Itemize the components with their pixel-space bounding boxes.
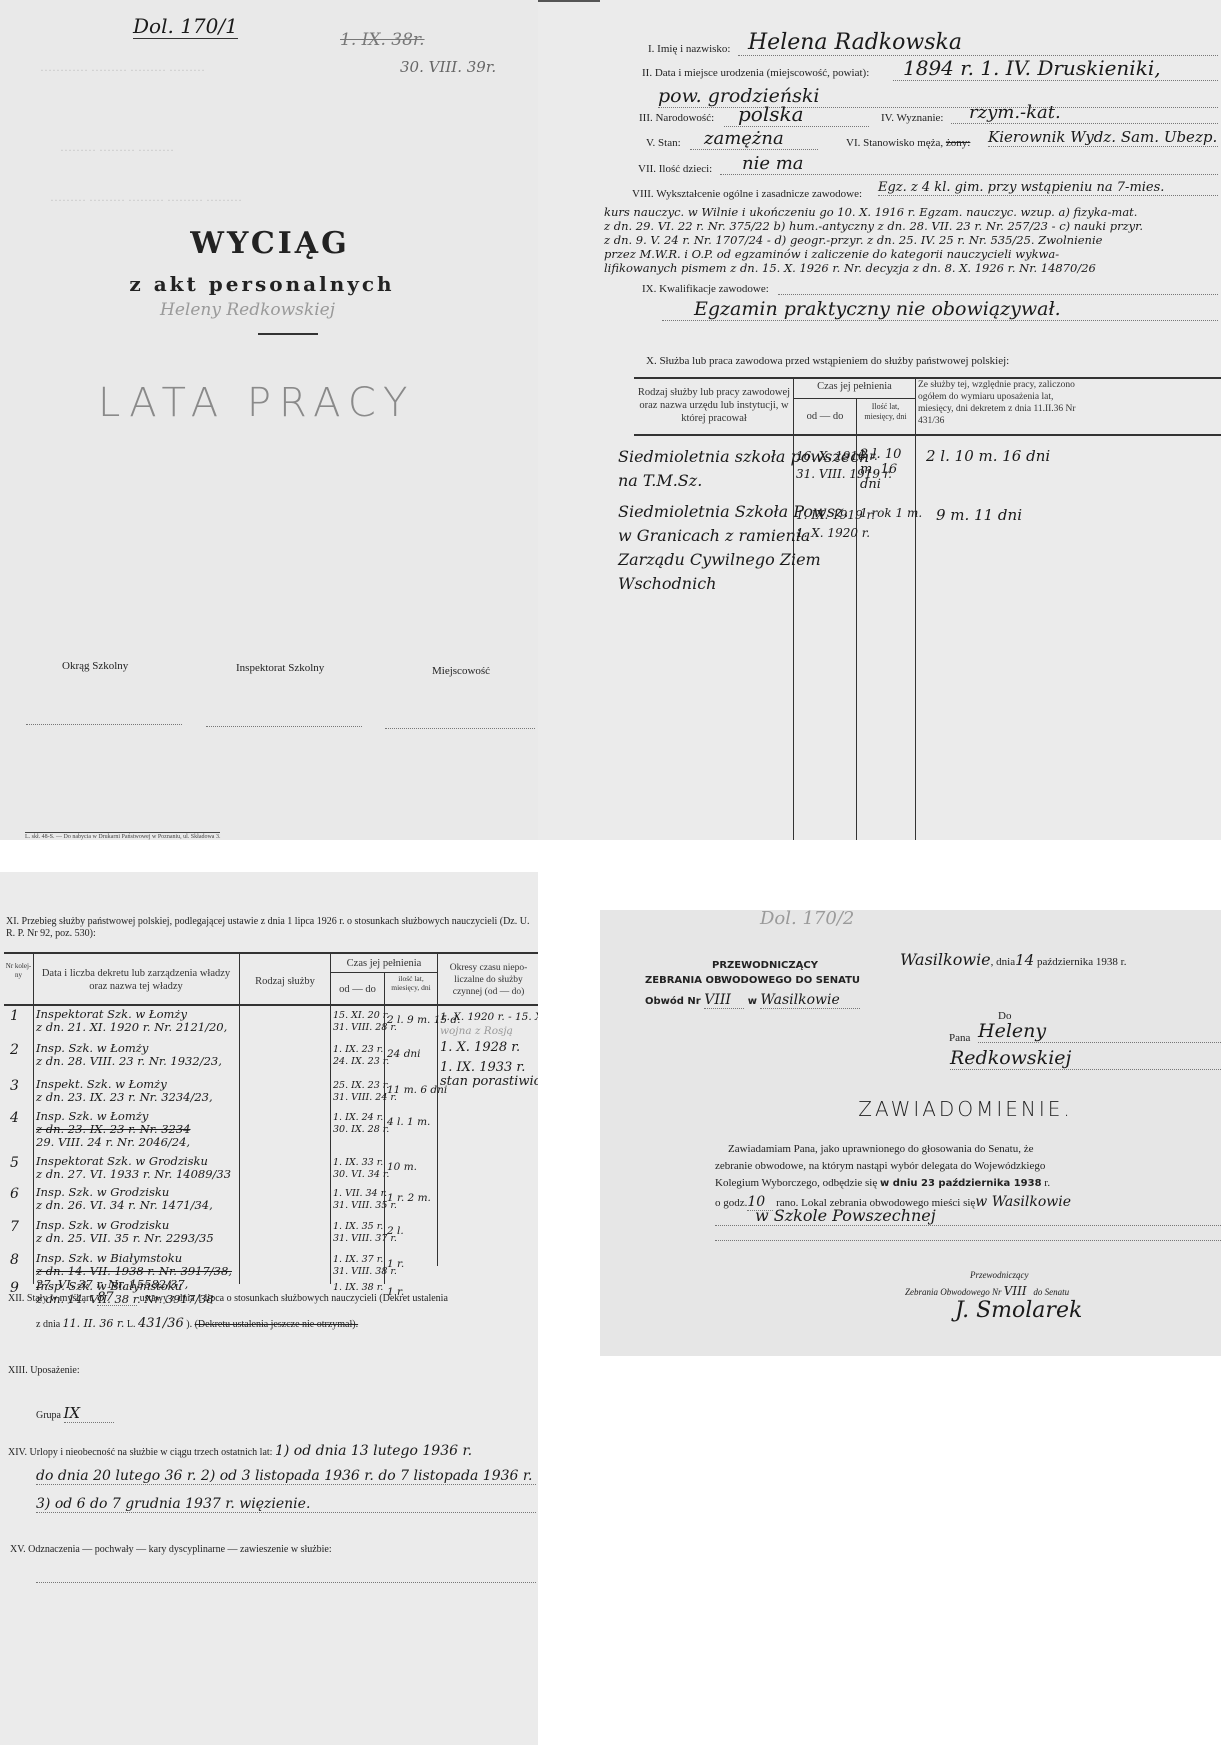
header-from-to: od — do <box>794 410 856 423</box>
value-religion: rzym.-kat. <box>951 102 1218 124</box>
row-dates: 1. IX. 33 r. 30. VI. 34 r. <box>333 1157 389 1181</box>
addressee-line-2: Redkowskiej <box>950 1047 1221 1070</box>
subheader-rule <box>794 398 915 399</box>
col-divider <box>915 378 916 840</box>
bleed-through-text: ……… ……… ……… ……… ……… <box>50 190 242 205</box>
table-top-rule <box>4 952 538 954</box>
district-in: w <box>748 996 757 1007</box>
row-duration: 2 l. <box>387 1225 404 1237</box>
col-divider <box>330 954 331 1284</box>
notice-month-year: października 1938 r. <box>1037 956 1127 968</box>
field-locality: Miejscowość <box>432 665 490 677</box>
group-value: IX <box>64 1404 114 1423</box>
pencil-name: Heleny Redkowskiej <box>160 300 335 320</box>
field-school-inspectorate: Inspektorat Szkolny <box>236 662 324 674</box>
section-xii-date: z dnia 11. II. 36 r. L. 431/36 ). (Dekre… <box>36 1316 358 1331</box>
header-service-type: Rodzaj służby lub pracy zawodowej oraz n… <box>636 386 792 425</box>
cover-page: ………… ……… ……… ……… ……… ……… ……… ……… ……… ………… <box>0 0 538 840</box>
birth-text: 1894 r. 1. IV. Druskieniki, <box>903 56 1161 80</box>
header-no: Nr kolej-ny <box>4 962 33 980</box>
row-number: 6 <box>10 1186 19 1202</box>
xii-struck: (Dekretu ustalenia jeszcze nie otrzymał)… <box>195 1319 359 1330</box>
reference-note: Dol. 170/1 <box>133 14 238 39</box>
xii-number: 431/36 <box>138 1316 184 1331</box>
xii-label: XII. Stały w myśl art. <box>8 1293 95 1304</box>
label-name: I. Imię i nazwisko: <box>648 43 730 55</box>
meeting-date: w dniu 23 października 1938 <box>880 1178 1042 1189</box>
notice-place: Wasilkowie <box>900 950 991 969</box>
row-duration: 24 dni <box>387 1048 421 1060</box>
bleed-through-text: ……… ……… ……… <box>60 140 174 155</box>
notice-body-3: Kolegium Wyborczego, odbędzie się w dniu… <box>715 1177 1050 1189</box>
blank-line <box>715 1240 1221 1241</box>
spouse-label-text: VI. Stanowisko męża, <box>846 137 943 149</box>
value-children: nie ma <box>720 153 1218 175</box>
service-type-line: Wschodnich <box>618 572 848 596</box>
notice-header-2: ZEBRANIA OBWODOWEGO DO SENATU <box>645 975 860 986</box>
locality-line <box>385 728 535 729</box>
row-dates: 1. IX. 24 r. 30. IX. 28 r. <box>333 1112 389 1136</box>
row-number: 7 <box>10 1219 19 1235</box>
row-number: 1 <box>10 1008 19 1024</box>
header-period: Czas jej pełnienia <box>331 957 437 970</box>
document-subtitle: z akt personalnych <box>0 272 532 296</box>
prior-row-1-duration: 2 l. 10 m. 16 dni <box>860 447 915 492</box>
row-decree: Inspektorat Szk. w Grodziskuz dn. 27. VI… <box>36 1155 231 1181</box>
value-marital-status: zamężna <box>690 128 818 150</box>
xii-date: 11. II. 36 r. <box>63 1317 125 1330</box>
addressee-label: Pana <box>949 1032 970 1044</box>
header-period: Czas jej pełnienia <box>794 380 915 393</box>
education-line: przez M.W.R. i O.P. od egzaminów i zalic… <box>604 247 1143 261</box>
signature-line-1: Przewodniczący <box>970 1270 1029 1280</box>
document-title: WYCIĄG <box>0 226 538 261</box>
location-2-text: w Szkole Powszechnej <box>755 1206 936 1225</box>
decree-line: z dn. 25. VII. 35 r. Nr. 2293/35 <box>36 1232 214 1245</box>
value-qualifications: Egzamin praktyczny nie obowiązywał. <box>662 298 1218 321</box>
district-number: VIII <box>704 992 744 1009</box>
label-marital-status: V. Stan: <box>646 137 681 149</box>
header-decree: Data i liczba dekretu lub zarządzenia wł… <box>36 967 236 993</box>
value-name: Helena Radkowska <box>738 30 1218 56</box>
notice-reference: Dol. 170/2 <box>760 910 854 929</box>
row-decree: Insp. Szk. w Łomżyz dn. 28. VIII. 23 r. … <box>36 1042 222 1068</box>
label-nationality: III. Narodowość: <box>639 112 714 124</box>
row-decree: Insp. Szk. w Łomżyz dn. 23. IX. 23 r. Nr… <box>36 1110 191 1149</box>
date-from: 1. IX. 23 r. <box>333 1044 389 1056</box>
header-kind: Rodzaj służby <box>240 975 330 988</box>
label-education: VIII. Wykształcenie ogólne i zasadnicze … <box>632 188 862 200</box>
excluded-period: 1. X. 1920 r. - 15. XI. 1920 r. <box>440 1010 538 1024</box>
education-details: kurs nauczyc. w Wilnie i ukończeniu go 1… <box>604 205 1143 275</box>
label-spouse-position: VI. Stanowisko męża, żony: <box>846 137 970 149</box>
spouse-position-text: Kierownik Wydz. Sam. Ubezp. <box>988 128 1217 146</box>
excluded-note: wojna z Rosją <box>440 1024 538 1038</box>
xii-number-prefix: L. <box>127 1319 136 1330</box>
row-duration: 10 m. <box>387 1161 417 1173</box>
row-decree: Insp. Szk. w Grodziskuz dn. 25. VII. 35 … <box>36 1219 214 1245</box>
district-place: Wasilkowie <box>760 992 860 1009</box>
value-nationality: polska <box>724 102 869 127</box>
row-number: 4 <box>10 1110 19 1126</box>
value-birth: 1894 r. 1. IV. Druskieniki, <box>893 56 1218 81</box>
notice-body-2: zebranie obwodowe, na którym nastąpi wyb… <box>715 1160 1045 1172</box>
qualifications-line <box>778 294 1218 295</box>
date-to: 30. IX. 28 r. <box>333 1124 389 1136</box>
row-number: 3 <box>10 1078 19 1094</box>
nationality-text: polska <box>738 102 804 126</box>
bleed-through-text: ………… ……… ……… ……… <box>40 60 205 75</box>
row-number: 5 <box>10 1155 19 1171</box>
decree-line: z dn. 27. VI. 1933 r. Nr. 14089/33 <box>36 1168 231 1181</box>
new-date: 30. VIII. 39r. <box>400 58 496 76</box>
election-notice-page: Dol. 170/2 PRZEWODNICZĄCY ZEBRANIA OBWOD… <box>600 910 1221 1356</box>
section-xii: XII. Stały w myśl art. 87 ustawy z dnia … <box>8 1290 448 1306</box>
sign-text: Zebrania Obwodowego Nr <box>905 1287 1002 1297</box>
label-children: VII. Ilość dzieci: <box>638 163 712 175</box>
district-line <box>26 724 182 725</box>
col-divider <box>437 954 438 1266</box>
header-excluded: Okresy czasu niepo-liczalne do służby cz… <box>439 963 538 999</box>
service-type-line: Zarządu Cywilnego Ziem <box>618 548 848 572</box>
religion-text: rzym.-kat. <box>969 102 1061 123</box>
section-xiv: XIV. Urlopy i nieobecność na służbie w c… <box>8 1443 472 1459</box>
label-birth: II. Data i miejsce urodzenia (miejscowoś… <box>642 67 869 79</box>
xii-article: 87 <box>97 1290 137 1306</box>
row-duration: 1 r. 2 m. <box>387 1192 431 1204</box>
printer-note: L. skł. 48-S. — Do nabycia w Drukarni Pa… <box>25 832 220 840</box>
prior-row-1-credited: 2 l. 10 m. 16 dni <box>926 447 1050 465</box>
fold-edge <box>538 0 600 2</box>
state-service-title: XI. Przebieg służby państwowej polskiej,… <box>6 916 534 940</box>
table-header-rule <box>4 1004 538 1006</box>
table-top-rule <box>634 377 1221 379</box>
row-duration: 4 l. 1 m. <box>387 1116 430 1128</box>
day-label: , dnia <box>991 956 1015 968</box>
header-duration: ilość lat, miesięcy, dni <box>385 974 437 993</box>
field-school-district: Okrąg Szkolny <box>62 660 128 672</box>
date-to: 24. IX. 23 r. <box>333 1056 389 1068</box>
decree-line: z dn. 26. VI. 34 r. Nr. 1471/34, <box>36 1199 213 1212</box>
label-religion: IV. Wyznanie: <box>881 112 943 124</box>
row-dates: 1. IX. 23 r. 24. IX. 23 r. <box>333 1044 389 1068</box>
notice-title: ZAWIADOMIENIE. <box>600 1097 1221 1121</box>
education-line: z dn. 9. V. 24 r. Nr. 1707/24 - d) geogr… <box>604 233 1143 247</box>
xiv-line-2: do dnia 20 lutego 36 r. 2) od 3 listopad… <box>36 1468 536 1485</box>
label-qualifications: IX. Kwalifikacje zawodowe: <box>642 283 769 295</box>
xii-date-prefix: z dnia <box>36 1319 60 1330</box>
row-decree: Inspekt. Szk. w Łomżyz dn. 23. IX. 23 r.… <box>36 1078 213 1104</box>
service-history-page: XI. Przebieg służby państwowej polskiej,… <box>0 872 538 1745</box>
qualifications-text: Egzamin praktyczny nie obowiązywał. <box>694 298 1061 320</box>
children-text: nie ma <box>742 153 804 174</box>
personal-data-page: I. Imię i nazwisko: Helena Radkowska II.… <box>538 0 1221 840</box>
sign-text-3: do Senatu <box>1033 1287 1069 1297</box>
body3-end: r. <box>1044 1177 1050 1189</box>
col-divider <box>239 954 240 1284</box>
decree-line: z dn. 21. XI. 1920 r. Nr. 2121/20, <box>36 1021 227 1034</box>
inspectorate-line <box>206 726 362 727</box>
title-rule <box>258 333 318 335</box>
subheader-rule <box>331 972 437 973</box>
xiv-label: XIV. Urlopy i nieobecność na służbie w c… <box>8 1447 272 1458</box>
xv-line <box>36 1582 536 1583</box>
value-education: Egz. z 4 kl. gim. przy wstąpieniu na 7-m… <box>878 180 1218 196</box>
table-header-rule <box>634 434 1221 436</box>
section-xiii-group: Grupa IX <box>36 1404 114 1423</box>
notice-day: 14 <box>1015 951 1034 969</box>
marital-status-text: zamężna <box>704 128 784 149</box>
row-duration: 1 r. <box>387 1258 404 1270</box>
struck-wife: żony: <box>946 137 970 149</box>
header-duration: Ilość lat, miesięcy, dni <box>856 402 915 422</box>
section-xiii-label: XIII. Uposażenie: <box>8 1365 80 1376</box>
xiv-line: 1) od dnia 13 lutego 1936 r. <box>275 1443 472 1459</box>
body3-text: Kolegium Wyborczego, odbędzie się <box>715 1177 877 1189</box>
excluded-periods: 1. X. 1920 r. - 15. XI. 1920 r. wojna z … <box>440 1010 538 1089</box>
signature: J. Smolarek <box>955 1298 1082 1323</box>
row-duration: 11 m. 6 dni <box>387 1084 447 1096</box>
col-divider <box>33 954 34 1284</box>
education-line: z dn. 29. VI. 22 r. Nr. 375/22 b) hum.-a… <box>604 219 1143 233</box>
signature-line-2: Zebrania Obwodowego Nr VIII do Senatu <box>905 1284 1069 1298</box>
header-credited: Ze służby tej, względnie pracy, zaliczon… <box>918 380 1088 428</box>
notice-date: Wasilkowie, dnia14 października 1938 r. <box>900 950 1126 969</box>
decree-line: z dn. 23. IX. 23 r. Nr. 3234/23, <box>36 1091 213 1104</box>
xii-text: ustawy z dnia 1 lipca o stosunkach służb… <box>140 1293 448 1304</box>
row-decree: Insp. Szk. w Grodziskuz dn. 26. VI. 34 r… <box>36 1186 213 1212</box>
header-from-to: od — do <box>331 983 384 996</box>
prior-service-title: X. Służba lub praca zawodowa przed wstąp… <box>646 355 1009 367</box>
education-text: Egz. z 4 kl. gim. przy wstąpieniu na 7-m… <box>878 180 1164 195</box>
education-line: kurs nauczyc. w Wilnie i ukończeniu go 1… <box>604 205 1143 219</box>
education-line: lifikowanych pismem z dn. 15. X. 1926 r.… <box>604 261 1143 275</box>
decree-line: 29. VIII. 24 r. Nr. 2046/24, <box>36 1136 191 1149</box>
sign-number: VIII <box>1004 1284 1027 1298</box>
prior-row-2-duration: 1 rok 1 m. <box>860 506 922 520</box>
district-label: Obwód Nr <box>645 996 701 1007</box>
excluded-period: 1. X. 1928 r. <box>440 1041 538 1055</box>
prior-row-2-credited: 9 m. 11 dni <box>936 506 1022 524</box>
date-to: 1. X. 1920 r. <box>796 524 875 542</box>
notice-district: Obwód Nr VIII w Wasilkowie <box>645 992 860 1009</box>
xiv-line-3: 3) od 6 do 7 grudnia 1937 r. więzienie. <box>36 1496 536 1513</box>
date-from: 1. IX. 33 r. <box>333 1157 389 1169</box>
row-number: 2 <box>10 1042 19 1058</box>
row-decree: Inspektorat Szk. w Łomżyz dn. 21. XI. 19… <box>36 1008 227 1034</box>
notice-header-1: PRZEWODNICZĄCY <box>670 960 860 971</box>
value-spouse-position: Kierownik Wydz. Sam. Ubezp. <box>988 128 1218 147</box>
stamp-lata-pracy: LATA PRACY <box>98 380 415 426</box>
excluded-period: 1. IX. 1933 r. <box>440 1061 538 1075</box>
excluded-note: stan porastiwiony <box>440 1075 538 1089</box>
row-number: 8 <box>10 1252 19 1268</box>
date-from: 1. IX. 24 r. <box>333 1112 389 1124</box>
section-xv-label: XV. Odznaczenia — pochwały — kary dyscyp… <box>10 1544 332 1555</box>
group-label: Grupa <box>36 1410 61 1421</box>
meeting-location-2: w Szkole Powszechnej <box>715 1206 1221 1226</box>
name-text: Helena Radkowska <box>748 30 962 55</box>
date-to: 30. VI. 34 r. <box>333 1169 389 1181</box>
addressee-line-1: Heleny <box>978 1020 1221 1043</box>
struck-date: 1. IX. 38r. <box>340 30 425 50</box>
decree-line: z dn. 28. VIII. 23 r. Nr. 1932/23, <box>36 1055 222 1068</box>
notice-body-1: Zawiadamiam Pana, jako uprawnionego do g… <box>728 1143 1033 1155</box>
